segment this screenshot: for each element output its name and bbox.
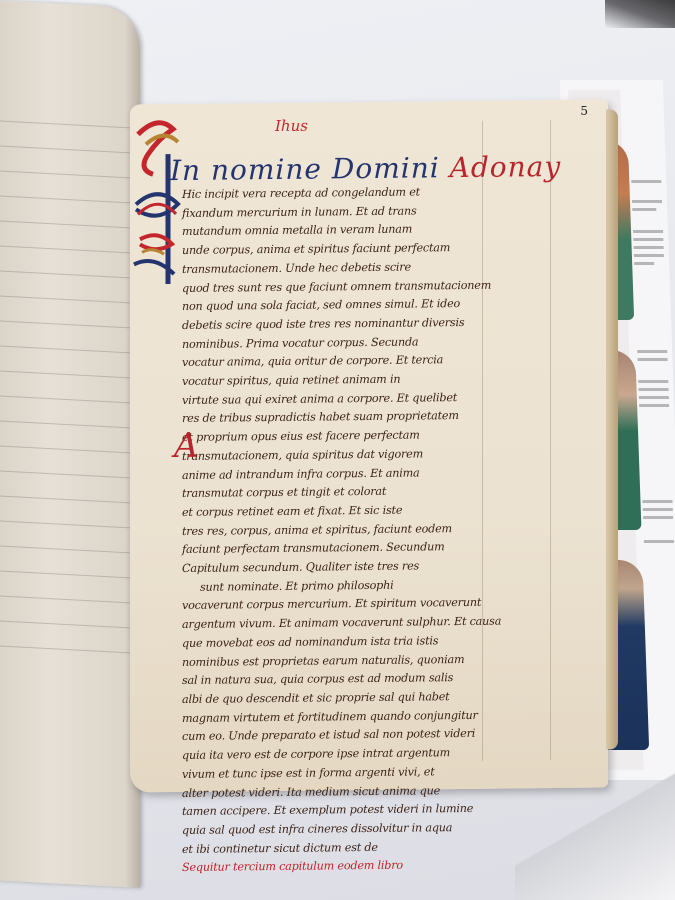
ruling-line — [550, 120, 551, 760]
title-word: Adonay — [450, 150, 562, 184]
text-line: nominibus est proprietas earum naturalis… — [182, 650, 502, 672]
title-word: Domini — [332, 151, 440, 185]
text-line: tamen accipere. Et exemplum potest vider… — [182, 800, 502, 822]
title-word: In nomine — [170, 152, 322, 187]
text-line: cum eo. Unde preparato et istud sal non … — [182, 725, 502, 747]
chapter-initial: A — [174, 426, 199, 466]
text-line: debetis scire quod iste tres res nominan… — [182, 314, 502, 336]
text-line: argentum vivum. Et animam vocaverunt sul… — [182, 613, 502, 635]
display-table-edge — [515, 760, 675, 900]
page-heading: Ihus — [275, 117, 308, 135]
background-corner-shadow — [605, 0, 675, 28]
manuscript-page: 5 Ihus In nomine Domini Adonay Hic incip… — [130, 99, 608, 792]
title-line: In nomine Domini Adonay — [170, 150, 561, 187]
decorated-initial-icon — [128, 114, 186, 285]
manuscript-text-block: Hic incipit vera recepta ad congelandum … — [182, 183, 502, 878]
text-line: res de tribus supradictis habet suam pro… — [182, 407, 502, 429]
closing-rubric: Sequitur tercium capitulum eodem libro — [182, 856, 502, 878]
left-blank-page — [0, 0, 140, 888]
folio-number: 5 — [580, 104, 588, 118]
